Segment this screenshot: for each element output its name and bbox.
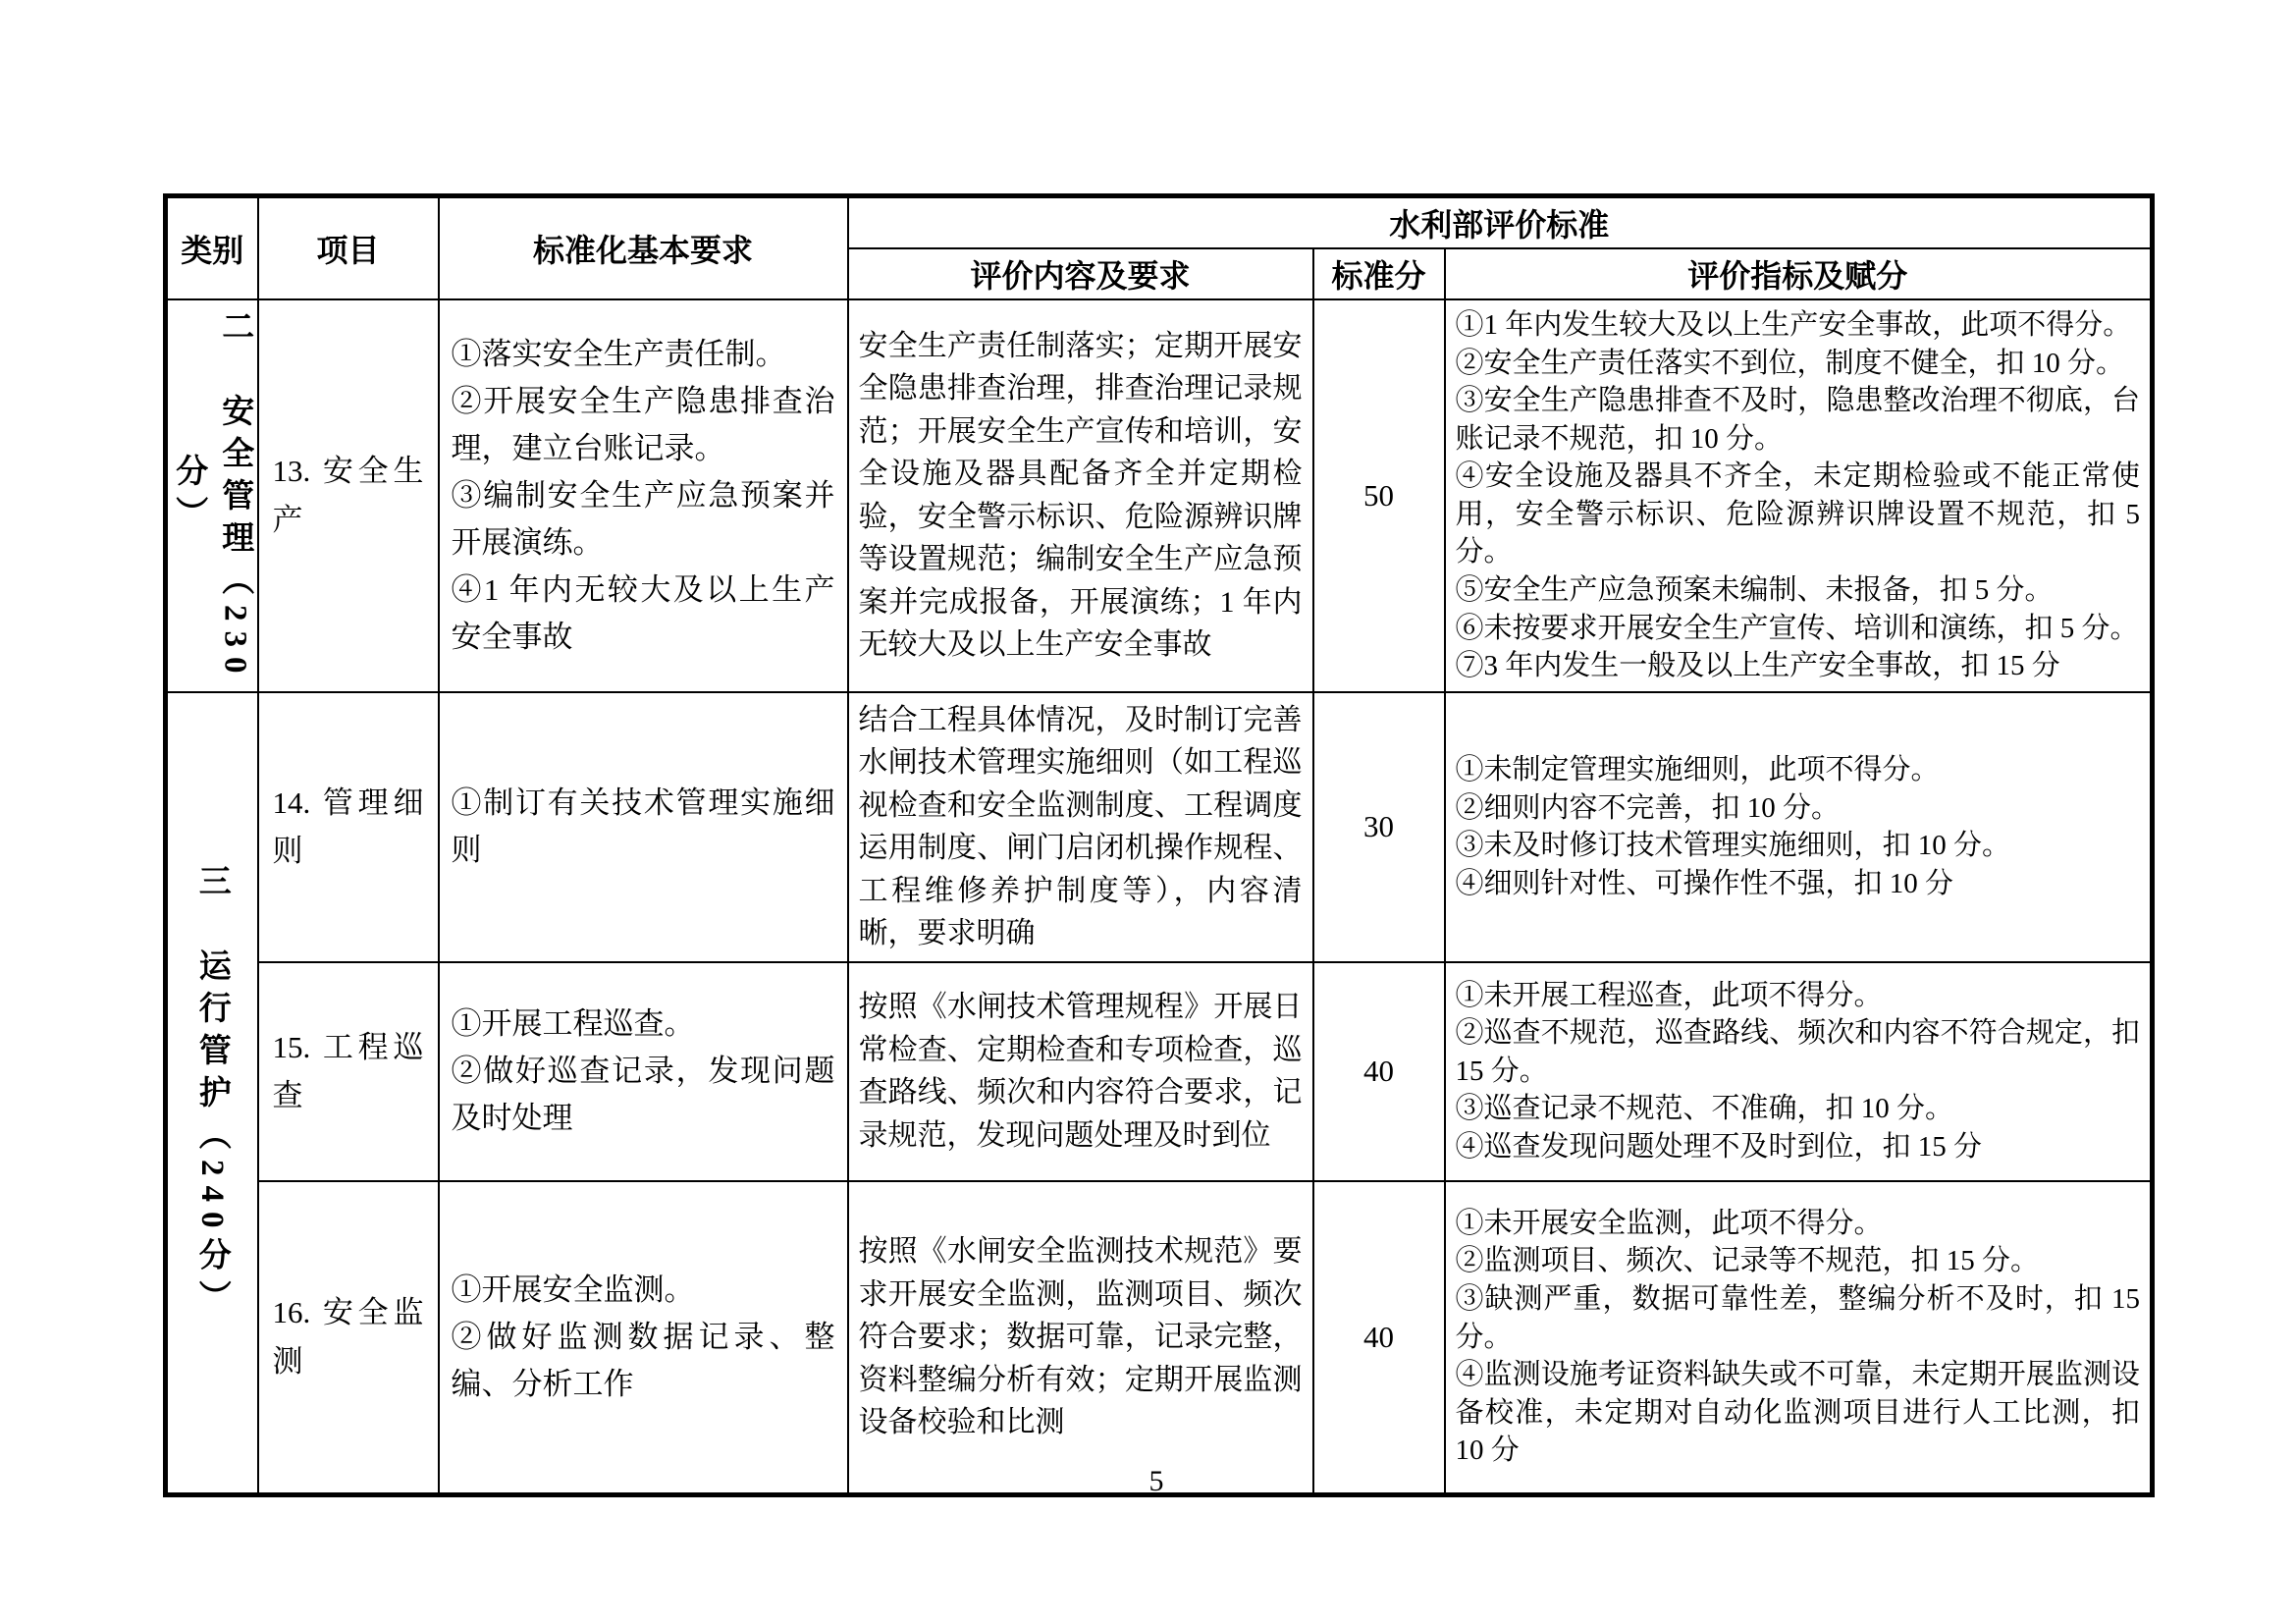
requirements-cell: ①开展安全监测。 ②做好监测数据记录、整编、分析工作 (439, 1181, 848, 1495)
eval-content-cell: 按照《水闸技术管理规程》开展日常检查、定期检查和专项检查，巡查路线、频次和内容符… (848, 962, 1313, 1181)
standard-score-cell: 40 (1313, 1181, 1445, 1495)
eval-indicators-cell: ①1 年内发生较大及以上生产安全事故，此项不得分。 ②安全生产责任落实不到位，制… (1445, 299, 2153, 692)
header-eval-indicators: 评价指标及赋分 (1445, 248, 2153, 299)
page-number: 5 (163, 1465, 2150, 1498)
eval-content-cell: 安全生产责任制落实；定期开展安全隐患排查治理，排查治理记录规范；开展安全生产宣传… (848, 299, 1313, 692)
requirements-cell: ①开展工程巡查。 ②做好巡查记录，发现问题及时处理 (439, 962, 848, 1181)
table-row: 三 运行管护（240分） 14. 管理细则 ①制订有关技术管理实施细则 结合工程… (166, 692, 2153, 962)
eval-indicators-cell: ①未开展安全监测，此项不得分。 ②监测项目、频次、记录等不规范，扣 15 分。 … (1445, 1181, 2153, 1495)
standard-score-cell: 50 (1313, 299, 1445, 692)
standard-score-cell: 30 (1313, 692, 1445, 962)
evaluation-standard-table: 类别 项目 标准化基本要求 水利部评价标准 评价内容及要求 标准分 评价指标及赋… (163, 193, 2155, 1497)
category-cell-safety-management: 二 安全管理（230分） (166, 299, 258, 692)
header-category: 类别 (166, 196, 258, 300)
header-project: 项目 (258, 196, 439, 300)
project-cell: 15. 工程巡查 (258, 962, 439, 1181)
category-cell-operation-management: 三 运行管护（240分） (166, 692, 258, 1495)
header-requirements: 标准化基本要求 (439, 196, 848, 300)
eval-content-cell: 按照《水闸安全监测技术规范》要求开展安全监测，监测项目、频次符合要求；数据可靠，… (848, 1181, 1313, 1495)
header-eval-content: 评价内容及要求 (848, 248, 1313, 299)
header-standard-score: 标准分 (1313, 248, 1445, 299)
standard-score-cell: 40 (1313, 962, 1445, 1181)
eval-indicators-cell: ①未制定管理实施细则，此项不得分。 ②细则内容不完善，扣 10 分。 ③未及时修… (1445, 692, 2153, 962)
requirements-cell: ①落实安全生产责任制。 ②开展安全生产隐患排查治理，建立台账记录。 ③编制安全生… (439, 299, 848, 692)
eval-indicators-cell: ①未开展工程巡查，此项不得分。 ②巡查不规范，巡查路线、频次和内容不符合规定，扣… (1445, 962, 2153, 1181)
project-cell: 13. 安全生产 (258, 299, 439, 692)
header-group-ministry-standard: 水利部评价标准 (848, 196, 2153, 249)
table-row: 二 安全管理（230分） 13. 安全生产 ①落实安全生产责任制。 ②开展安全生… (166, 299, 2153, 692)
project-cell: 14. 管理细则 (258, 692, 439, 962)
project-cell: 16. 安全监测 (258, 1181, 439, 1495)
table-row: 15. 工程巡查 ①开展工程巡查。 ②做好巡查记录，发现问题及时处理 按照《水闸… (166, 962, 2153, 1181)
eval-content-cell: 结合工程具体情况，及时制订完善水闸技术管理实施细则（如工程巡视检查和安全监测制度… (848, 692, 1313, 962)
table-row: 16. 安全监测 ①开展安全监测。 ②做好监测数据记录、整编、分析工作 按照《水… (166, 1181, 2153, 1495)
document-page: 类别 项目 标准化基本要求 水利部评价标准 评价内容及要求 标准分 评价指标及赋… (0, 0, 2296, 1624)
requirements-cell: ①制订有关技术管理实施细则 (439, 692, 848, 962)
